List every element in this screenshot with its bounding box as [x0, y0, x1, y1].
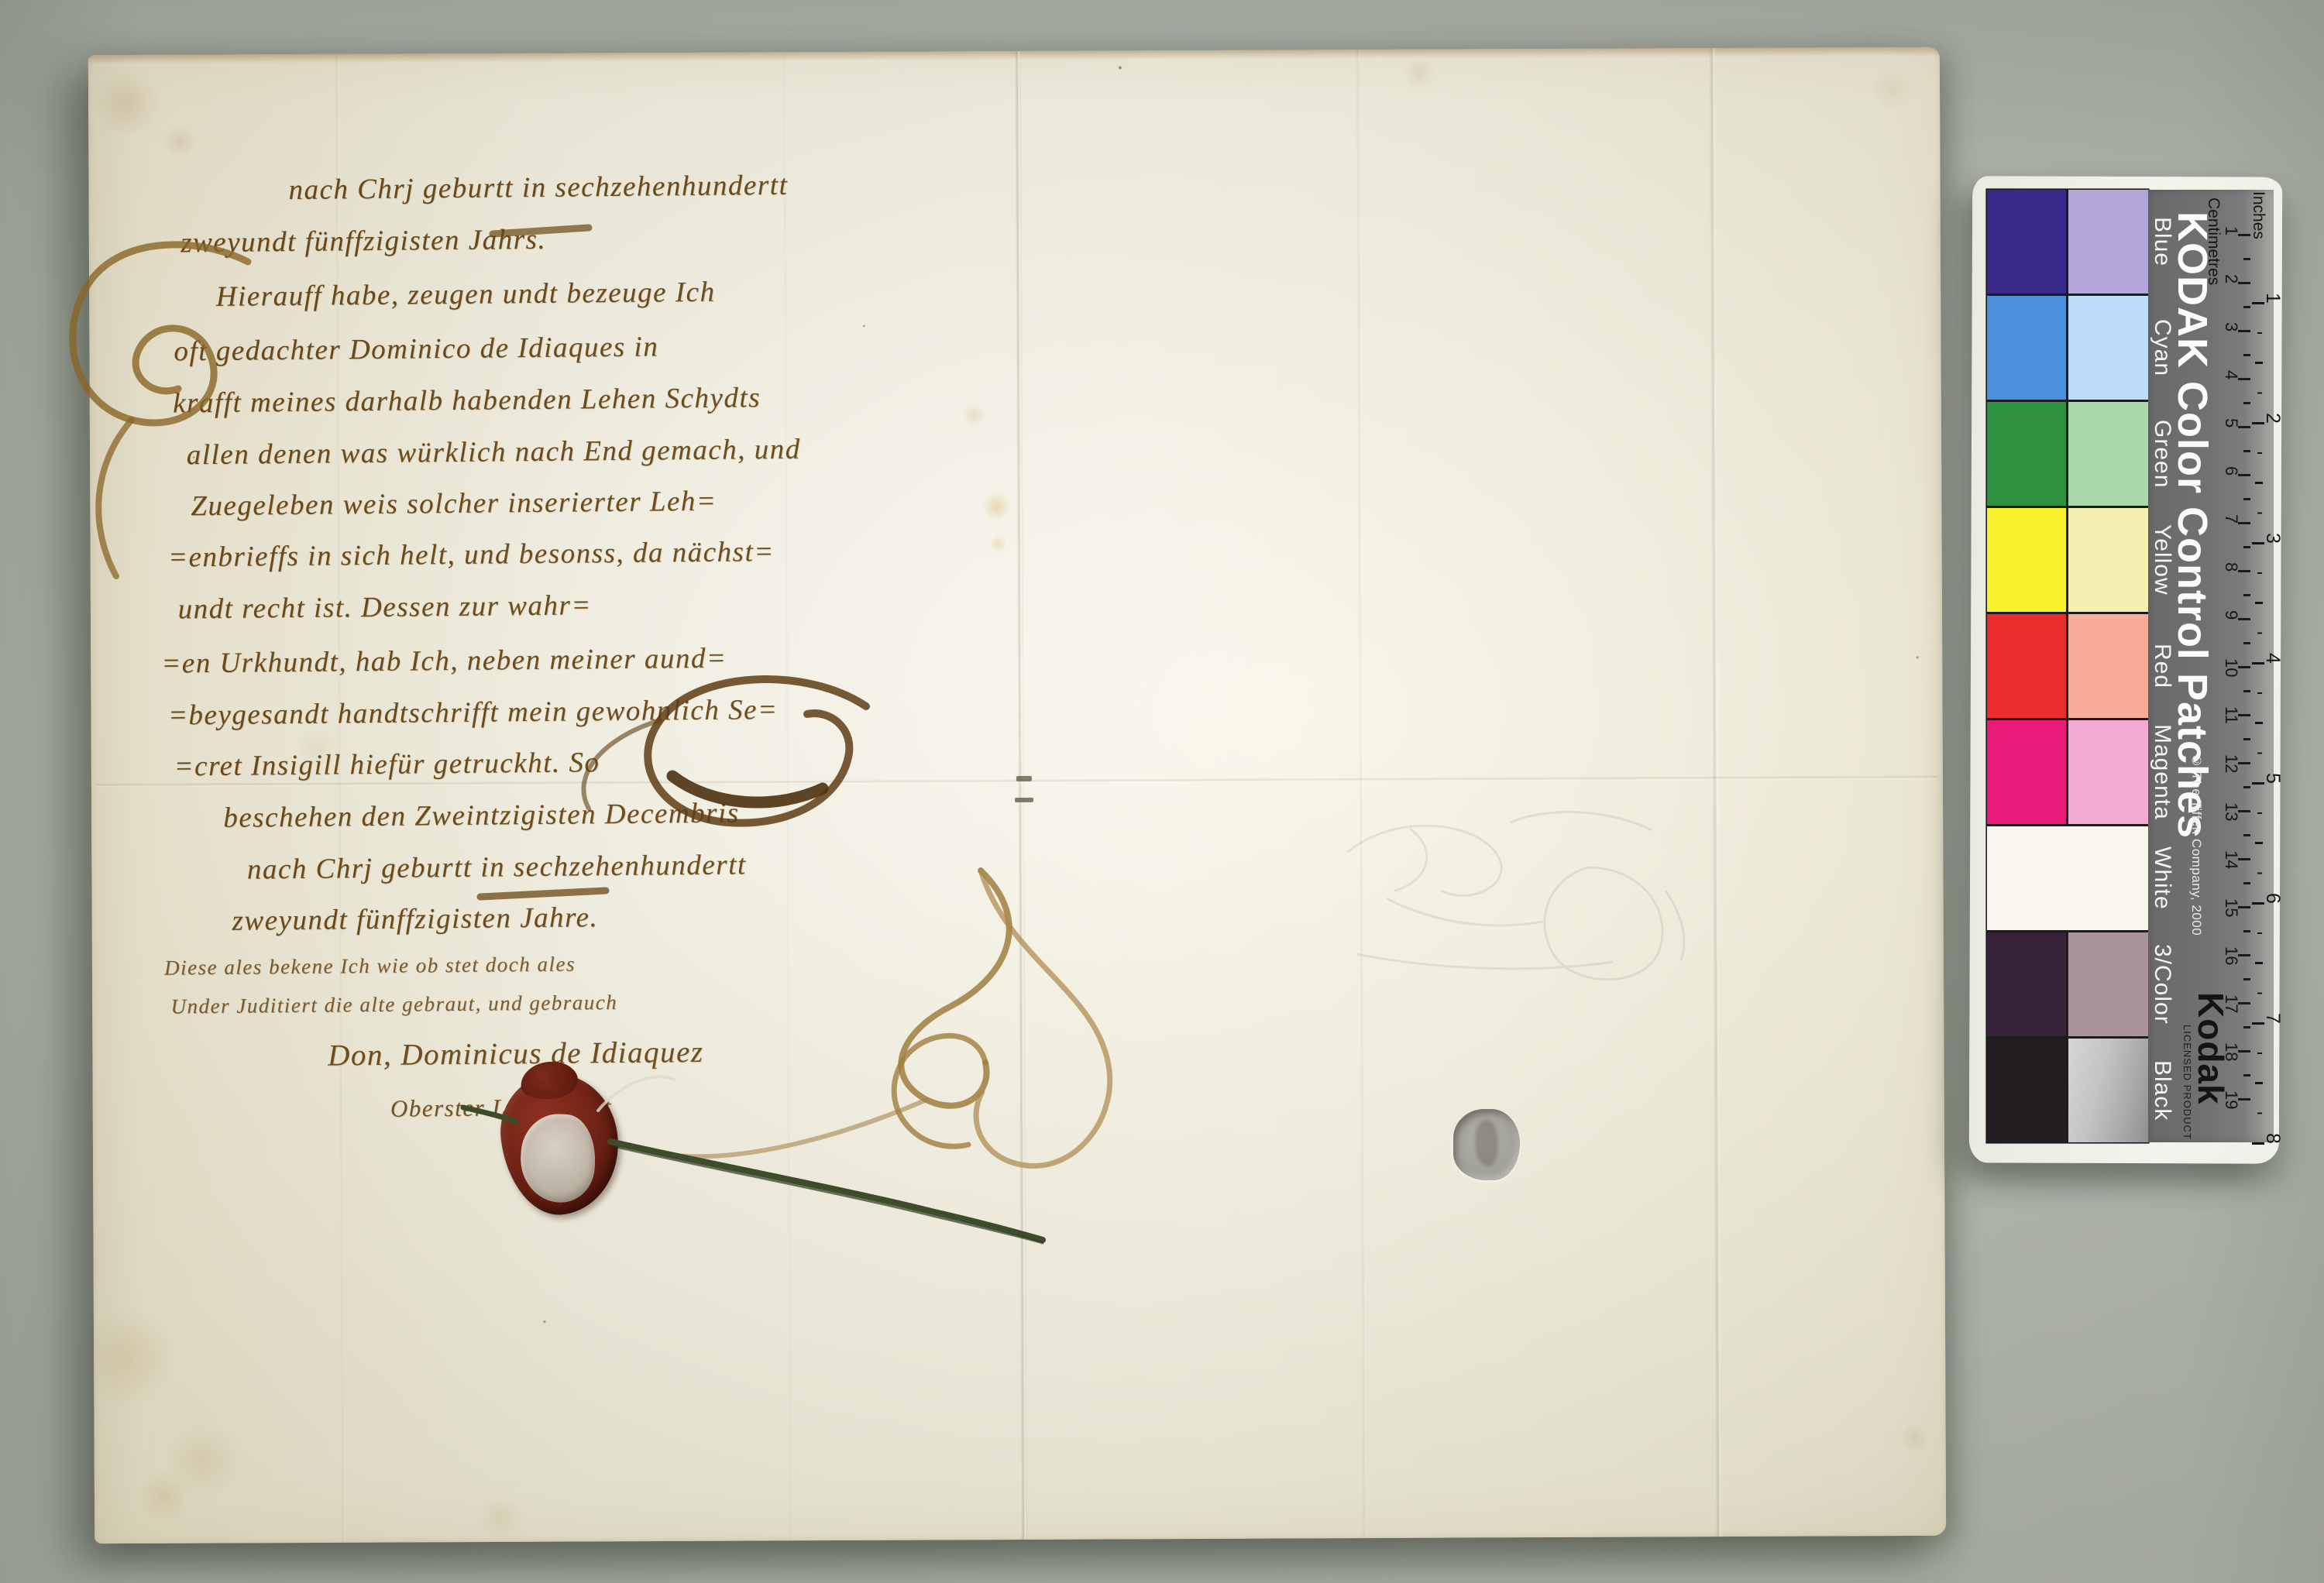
- manuscript-line: =cret Insigill hiefür getruckht. So: [174, 746, 600, 783]
- cm-ruler-minor-ticks: [2243, 258, 2250, 1118]
- patch-3color-tint: [2068, 932, 2148, 1036]
- patch-label-black: Black: [2150, 1039, 2174, 1142]
- patch-row-yellow: [1987, 508, 2148, 612]
- manuscript-line: Hierauff habe, zeugen undt bezeuge Ich: [216, 276, 716, 314]
- patch-magenta: [1987, 720, 2066, 824]
- manuscript-line: nach Chrj geburtt in sechzehenhundertt: [288, 169, 788, 207]
- patch-blue: [1987, 190, 2066, 294]
- cm-number: 5: [2223, 418, 2240, 428]
- cm-number: 3: [2223, 322, 2240, 331]
- patch-label-3color: 3/Color: [2150, 932, 2174, 1036]
- manuscript-line: allen denen was würklich nach End gemach…: [187, 433, 801, 472]
- cm-number: 13: [2223, 802, 2240, 821]
- patch-row-blue: [1987, 190, 2148, 294]
- cm-number: 8: [2223, 562, 2240, 572]
- manuscript-line: oft gedachter Dominico de Idiaques in: [174, 330, 658, 368]
- patch-row-magenta: [1987, 720, 2148, 824]
- cm-number: 2: [2223, 274, 2240, 283]
- cm-number: 16: [2223, 946, 2240, 965]
- cm-number: 17: [2223, 994, 2240, 1013]
- patch-black: [1987, 1039, 2066, 1142]
- manuscript-line: nach Chrj geburtt in sechzehenhundertt: [247, 848, 747, 886]
- patch-row-3color: [1987, 932, 2148, 1036]
- centimetres-label: Centimetres: [2204, 197, 2223, 352]
- cm-number: 18: [2223, 1042, 2240, 1061]
- manuscript-note-line: Diese ales bekene Ich wie ob stet doch a…: [164, 952, 576, 980]
- patch-red: [1987, 614, 2066, 718]
- cm-number: 9: [2223, 610, 2240, 620]
- patch-magenta-tint: [2068, 720, 2148, 824]
- paper-hole: [1453, 1109, 1520, 1180]
- cm-number: 12: [2223, 754, 2240, 773]
- target-gray-panel: Blue Cyan Green Yellow Red Magenta White…: [2148, 190, 2274, 1142]
- inch-number: 8: [2263, 1133, 2282, 1144]
- inch-number: 4: [2263, 653, 2282, 664]
- patch-row-cyan: [1987, 296, 2148, 400]
- patch-row-black: [1987, 1039, 2148, 1142]
- manuscript-line: =beygesandt handtschrifft mein gewohnlic…: [168, 693, 779, 733]
- patch-row-white: [1987, 826, 2148, 930]
- manuscript-line: beschehen den Zweintzigisten Decembris: [223, 796, 740, 834]
- photo-background: nach Chrj geburtt in sechzehenhundertt z…: [0, 0, 2324, 1583]
- cm-numbers: 12345678910111213141516171819: [2223, 190, 2238, 1142]
- inch-numbers: 12345678: [2263, 190, 2275, 1142]
- manuscript-line: =enbrieffs in sich helt, und besonss, da…: [168, 535, 775, 575]
- cm-number: 4: [2223, 370, 2240, 379]
- manuscript-line: zweyundt fünffzigisten Jahrs.: [180, 223, 546, 260]
- cm-number: 7: [2223, 514, 2240, 524]
- patch-black-tint: [2068, 1039, 2148, 1142]
- manuscript-line: Zuegeleben weis solcher inserierter Leh=: [191, 485, 717, 524]
- cm-number: 14: [2223, 850, 2240, 869]
- inch-number: 5: [2263, 773, 2282, 784]
- cm-number: 1: [2223, 226, 2240, 235]
- cm-number: 6: [2223, 466, 2240, 476]
- patch-cyan-tint: [2068, 296, 2148, 400]
- cm-number: 15: [2223, 898, 2240, 917]
- inch-number: 7: [2263, 1013, 2282, 1024]
- inch-number: 3: [2263, 533, 2282, 544]
- patch-row-green: [1987, 402, 2148, 506]
- seal-paper-impression: [518, 1112, 597, 1204]
- manuscript-line: =en Urkhundt, hab Ich, neben meiner aund…: [161, 642, 727, 681]
- patch-cyan: [1987, 296, 2066, 400]
- cm-number: 10: [2223, 658, 2240, 677]
- manuscript-line: krafft meines darhalb habenden Lehen Sch…: [173, 381, 761, 420]
- patch-white: [1987, 826, 2148, 930]
- inch-number: 6: [2263, 893, 2282, 904]
- manuscript-text-block: nach Chrj geburtt in sechzehenhundertt z…: [84, 43, 1950, 1549]
- patch-green: [1987, 402, 2066, 506]
- manuscript-note-line: Under Juditiert die alte gebraut, und ge…: [170, 991, 617, 1019]
- patch-3color: [1987, 932, 2066, 1036]
- patch-yellow: [1987, 508, 2066, 612]
- manuscript-line: zweyundt fünffzigisten Jahre.: [232, 901, 598, 938]
- manuscript-sheet: nach Chrj geburtt in sechzehenhundertt z…: [88, 47, 1946, 1544]
- color-patches-grid: [1987, 190, 2148, 1142]
- cm-number: 19: [2223, 1090, 2240, 1109]
- inch-number: 2: [2263, 413, 2282, 424]
- inch-number: 1: [2263, 293, 2282, 304]
- patch-green-tint: [2068, 402, 2148, 506]
- cm-number: 11: [2223, 706, 2240, 724]
- patch-red-tint: [2068, 614, 2148, 718]
- licensed-product-text: LICENSED PRODUCT: [2179, 1025, 2193, 1141]
- manuscript-line: undt recht ist. Dessen zur wahr=: [177, 589, 591, 626]
- signature-line: Don, Dominicus de Idiaquez: [328, 1035, 704, 1073]
- patch-yellow-tint: [2068, 508, 2148, 612]
- patch-row-red: [1987, 614, 2148, 718]
- patch-blue-tint: [2068, 190, 2148, 294]
